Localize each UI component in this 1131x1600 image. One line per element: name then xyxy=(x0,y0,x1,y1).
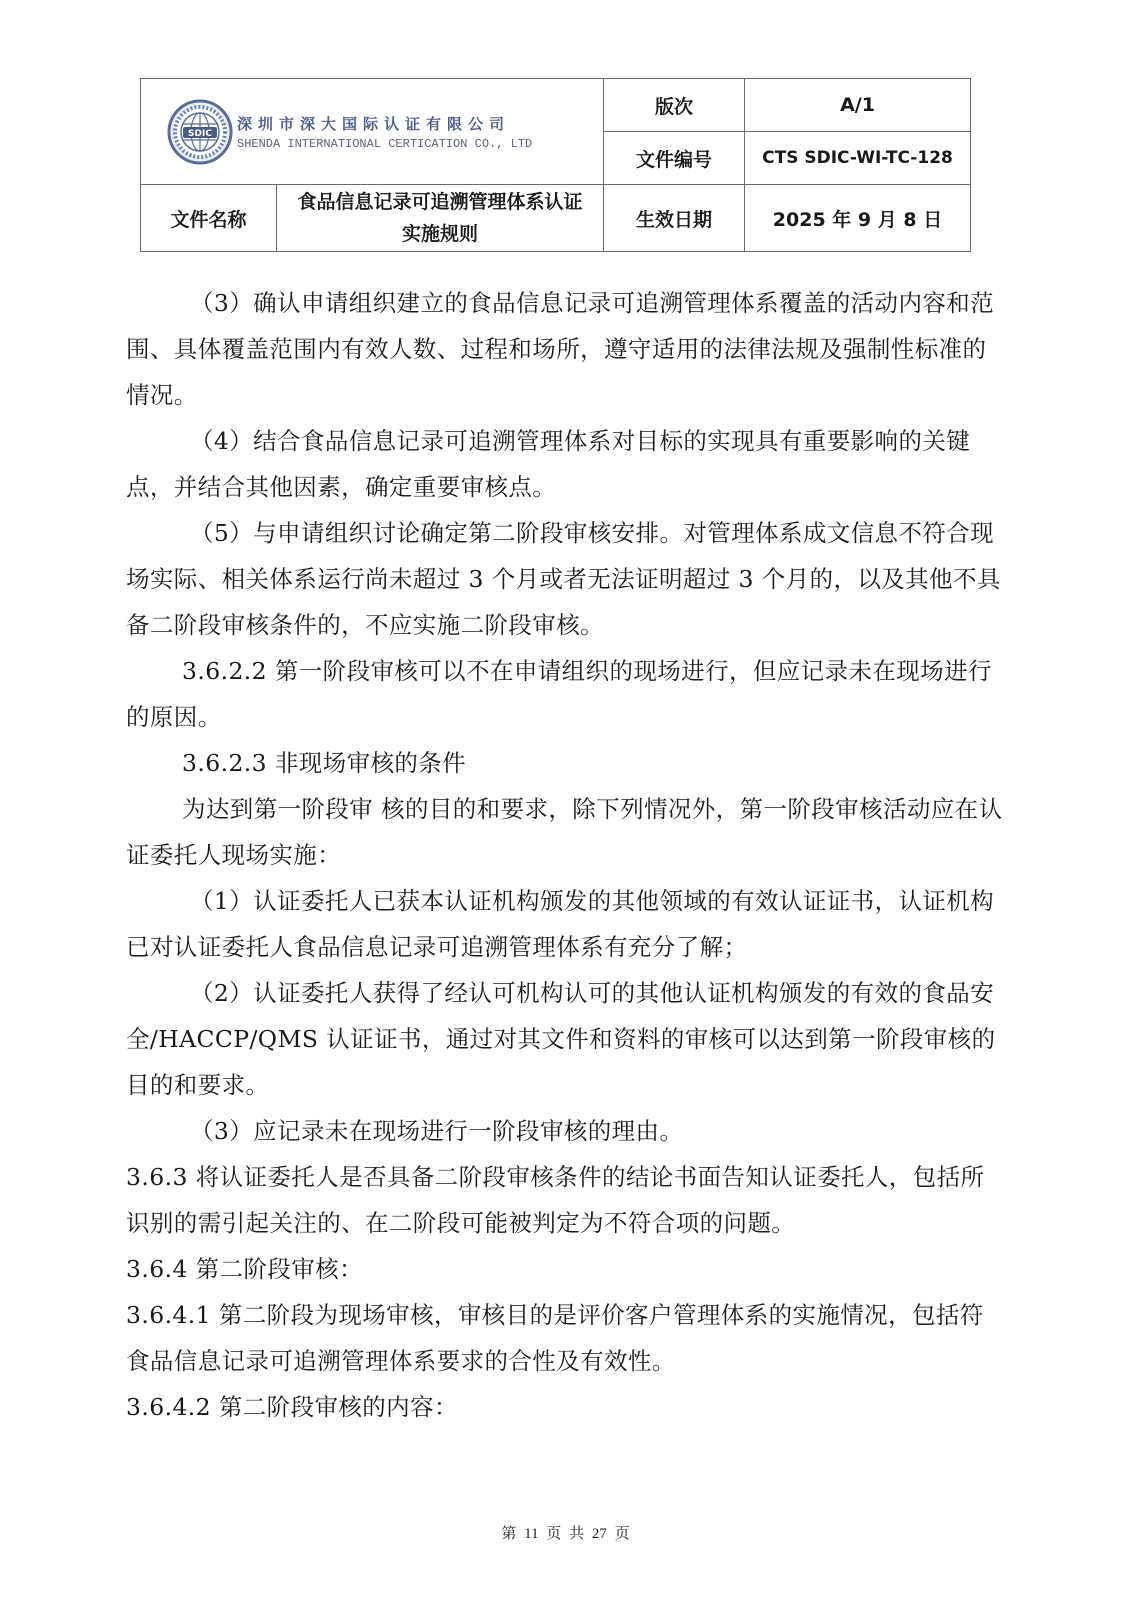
paragraph-item-5: （5）与申请组织讨论确定第二阶段审核安排。对管理体系成文信息不符合现场实际、相关… xyxy=(126,510,1006,648)
section-3-6-4-1: 3.6.4.1 第二阶段为现场审核，审核目的是评价客户管理体系的实施情况，包括符… xyxy=(126,1292,1006,1384)
document-body: （3）确认申请组织建立的食品信息记录可追溯管理体系覆盖的活动内容和范围、具体覆盖… xyxy=(126,280,1006,1430)
condition-item-2: （2）认证委托人获得了经认可机构认可的其他认证机构颁发的有效的食品安全/HACC… xyxy=(126,970,1006,1108)
version-label: 版次 xyxy=(604,79,745,132)
document-header-table: SDIC 深圳市深大国际认证有限公司 SHENDA INTERNATIONAL … xyxy=(140,78,971,252)
doc-name-label: 文件名称 xyxy=(141,185,277,252)
effective-date-value: 2025 年 9 月 8 日 xyxy=(745,185,971,252)
doc-name-value: 食品信息记录可追溯管理体系认证 实施规则 xyxy=(277,185,604,252)
section-3-6-2-2: 3.6.2.2 第一阶段审核可以不在申请组织的现场进行，但应记录未在现场进行的原… xyxy=(126,648,1006,740)
company-name-cn: 深圳市深大国际认证有限公司 xyxy=(237,113,532,134)
paragraph-item-4: （4）结合食品信息记录可追溯管理体系对目标的实现具有重要影响的关键点，并结合其他… xyxy=(126,418,1006,510)
condition-item-3: （3）应记录未在现场进行一阶段审核的理由。 xyxy=(126,1108,1006,1154)
doc-name-line1: 食品信息记录可追溯管理体系认证 xyxy=(277,186,603,218)
company-name-en: SHENDA INTERNATIONAL CERTICATION CO., LT… xyxy=(237,137,532,151)
effective-date-label: 生效日期 xyxy=(604,185,745,252)
section-3-6-2-3-heading: 3.6.2.3 非现场审核的条件 xyxy=(126,740,1006,786)
section-3-6-3: 3.6.3 将认证委托人是否具备二阶段审核条件的结论书面告知认证委托人，包括所识… xyxy=(126,1154,1006,1246)
section-3-6-4-2: 3.6.4.2 第二阶段审核的内容： xyxy=(126,1384,1006,1430)
svg-text:SDIC: SDIC xyxy=(188,129,212,139)
company-logo-icon: SDIC xyxy=(167,99,233,165)
doc-name-line2: 实施规则 xyxy=(277,218,603,250)
paragraph-item-3: （3）确认申请组织建立的食品信息记录可追溯管理体系覆盖的活动内容和范围、具体覆盖… xyxy=(126,280,1006,418)
company-logo-cell: SDIC 深圳市深大国际认证有限公司 SHENDA INTERNATIONAL … xyxy=(141,79,604,185)
page-number-footer: 第 11 页 共 27 页 xyxy=(0,1522,1131,1543)
condition-item-1: （1）认证委托人已获本认证机构颁发的其他领域的有效认证证书，认证机构已对认证委托… xyxy=(126,878,1006,970)
doc-number-label: 文件编号 xyxy=(604,132,745,185)
version-value: A/1 xyxy=(745,79,971,132)
section-3-6-2-3-intro: 为达到第一阶段审 核的目的和要求，除下列情况外，第一阶段审核活动应在认证委托人现… xyxy=(126,786,1006,878)
doc-number-value: CTS SDIC-WI-TC-128 xyxy=(745,132,971,185)
section-3-6-4-heading: 3.6.4 第二阶段审核： xyxy=(126,1246,1006,1292)
